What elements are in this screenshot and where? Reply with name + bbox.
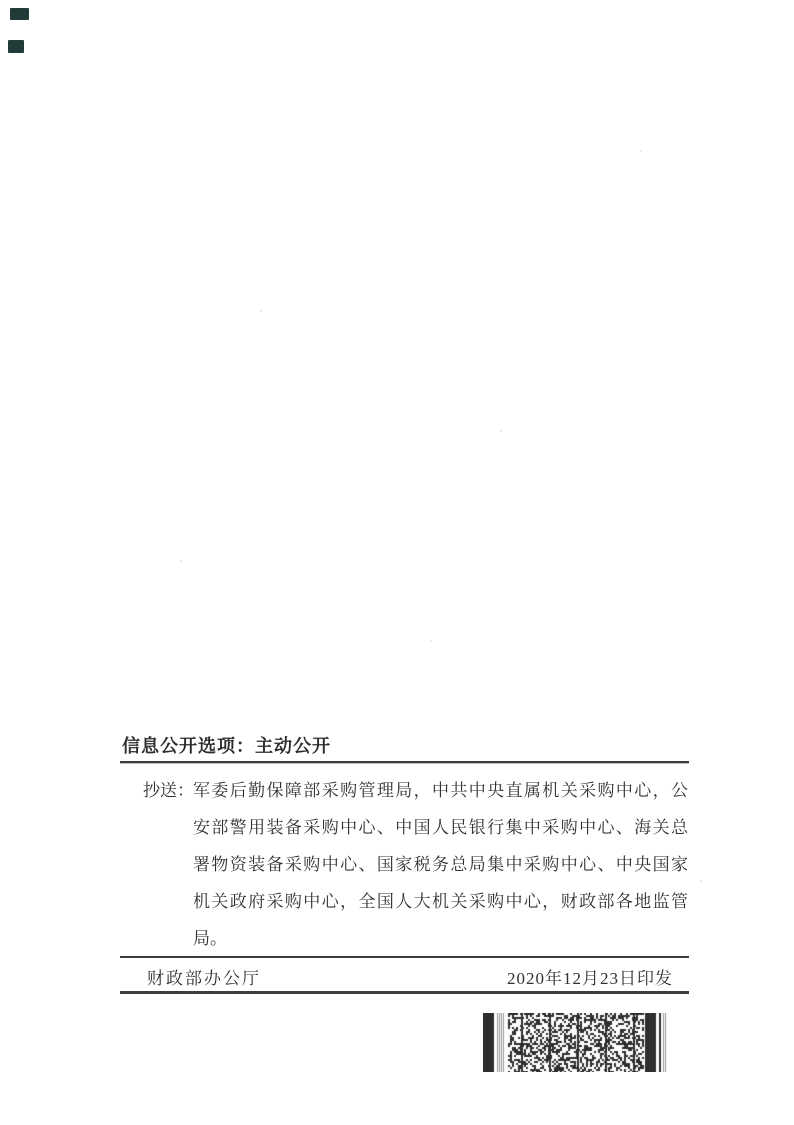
cc-line: 安部警用装备采购中心、中国人民银行集中采购中心、海关总 <box>193 809 688 846</box>
scan-noise-speck <box>700 880 702 882</box>
separator-rule-middle <box>120 956 689 958</box>
scan-artifact-mark <box>10 8 29 20</box>
cc-line: 署物资装备采购中心、国家税务总局集中采购中心、中央国家 <box>193 846 688 883</box>
scan-artifact-mark <box>8 40 24 53</box>
cc-label: 抄送： <box>143 772 193 809</box>
cc-line: 军委后勤保障部采购管理局，中共中央直属机关采购中心，公 <box>193 772 688 809</box>
issuing-office: 财政部办公厅 <box>147 966 261 992</box>
cc-line: 机关政府采购中心，全国人大机关采购中心，财政部各地监管 <box>193 883 688 920</box>
scan-noise-speck <box>430 640 432 642</box>
separator-rule-top <box>120 761 689 763</box>
print-date: 2020年12月23日印发 <box>507 966 673 992</box>
cc-line: 局。 <box>193 920 688 957</box>
info-disclosure-line: 信息公开选项：主动公开 <box>122 732 331 758</box>
separator-rule-bottom <box>120 991 689 994</box>
scan-noise-speck <box>500 430 502 432</box>
cc-recipients: 军委后勤保障部采购管理局，中共中央直属机关采购中心，公 安部警用装备采购中心、中… <box>193 772 688 957</box>
scan-noise-speck <box>260 310 262 312</box>
document-2d-barcode-image <box>483 1013 667 1072</box>
scan-noise-speck <box>640 150 642 152</box>
scan-noise-speck <box>180 560 182 562</box>
scanned-document-page: 信息公开选项：主动公开 抄送： 军委后勤保障部采购管理局，中共中央直属机关采购中… <box>0 0 794 1125</box>
footer-row: 财政部办公厅 2020年12月23日印发 <box>0 966 794 992</box>
